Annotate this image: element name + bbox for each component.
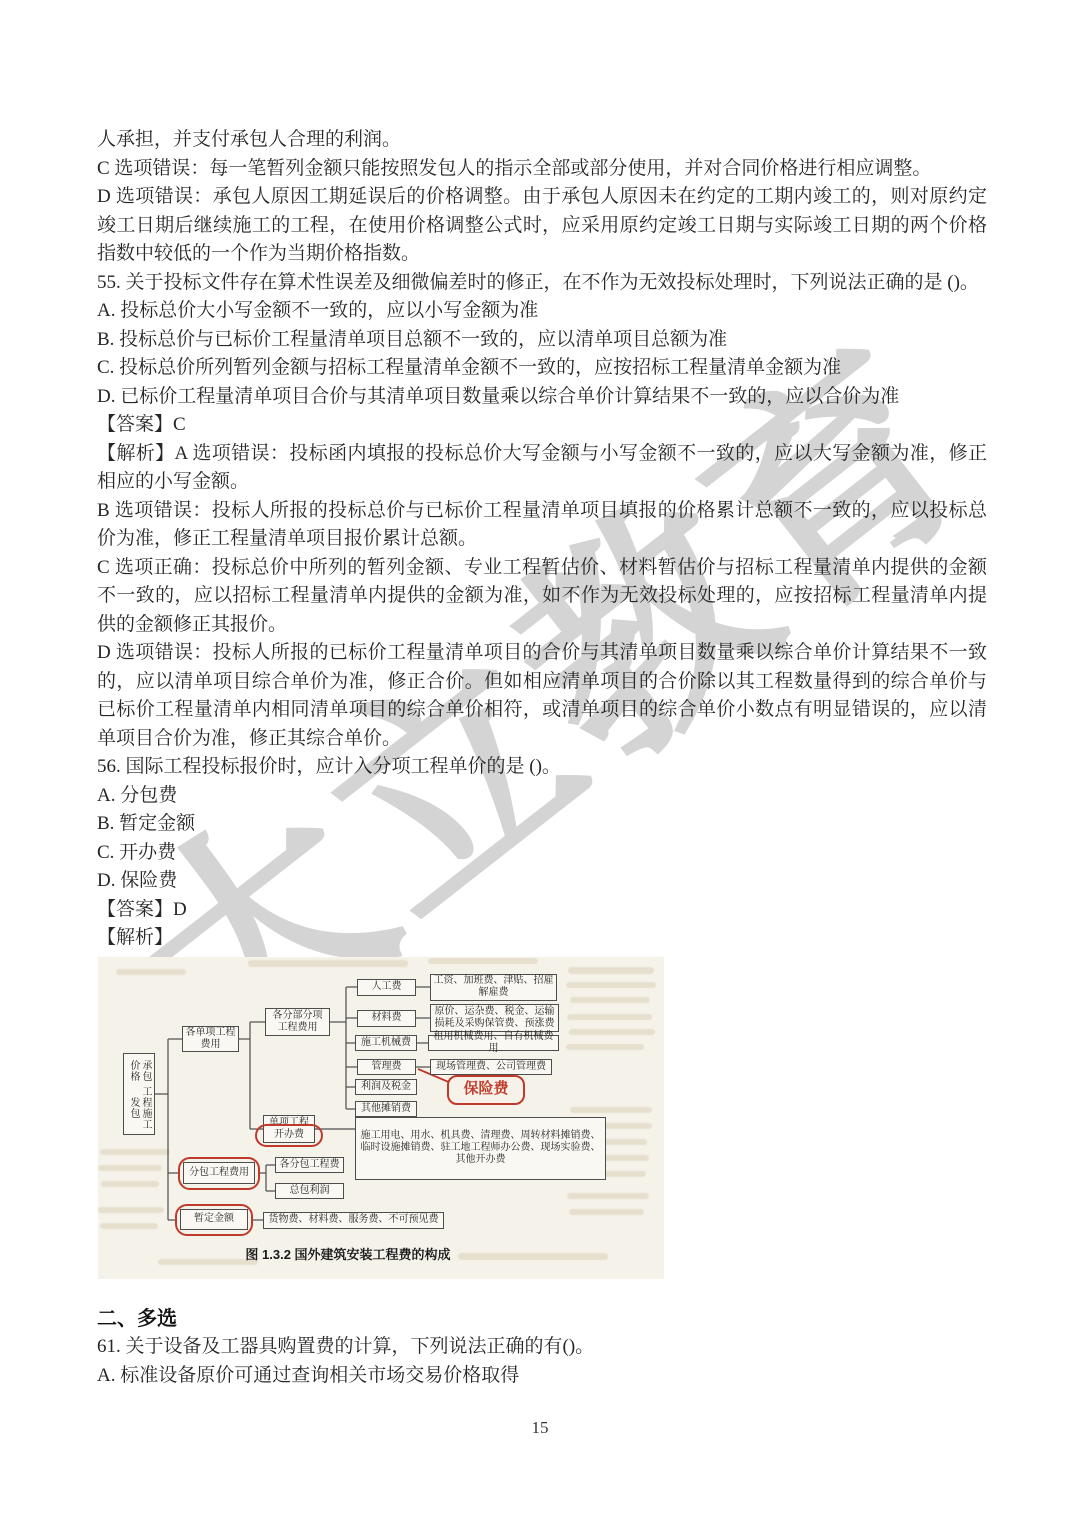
node-provisional-sum-detail: 货物费、材料费、服务费、不可预见费	[263, 1212, 444, 1229]
node-machinery-fee: 施工机械费	[355, 1035, 417, 1051]
node-subcontract-fee: 分包工程费用	[183, 1162, 255, 1184]
node-management-fee: 管理费	[357, 1059, 416, 1075]
q55-option-b: B. 投标总价与已标价工程量清单项目总额不一致的，应以清单项目总额为准	[97, 326, 987, 355]
q55-option-d: D. 已标价工程量清单项目合价与其清单项目数量乘以综合单价计算结果不一致的，应以…	[97, 383, 987, 412]
q61-stem: 61. 关于设备及工器具购置费的计算，下列说法正确的有()。	[97, 1333, 987, 1362]
node-labor-fee: 人工费	[357, 979, 416, 996]
red-highlight-ring-site-overhead	[255, 1124, 323, 1147]
document-page: 大立教育 人承担，并支付承包人合理的利润。 C 选项错误：每一笔暂列金额只能按照…	[0, 0, 1080, 1527]
q56-option-c: C. 开办费	[97, 839, 987, 868]
q55-option-c: C. 投标总价所列暂列金额与招标工程量清单金额不一致的，应按招标工程量清单金额为…	[97, 354, 987, 383]
node-management-fee-detail: 现场管理费、公司管理费	[430, 1059, 552, 1075]
node-site-overhead-detail: 施工用电、用水、机具费、清理费、周转材料摊销费、临时设施摊销费、驻工地工程师办公…	[355, 1117, 606, 1180]
node-material-fee-detail: 原价、运杂费、税金、运输损耗及采购保管费、预涨费	[430, 1004, 559, 1032]
option-note-d: D 选项错误：承包人原因工期延误后的价格调整。由于承包人原因未在约定的工期内竣工…	[97, 183, 987, 269]
root-right-column: 承包价格	[127, 1057, 151, 1087]
q55-stem: 55. 关于投标文件存在算术性误差及细微偏差时的修正，在不作为无效投标处理时，下…	[97, 269, 987, 298]
node-other-amortization: 其他摊销费	[355, 1101, 417, 1117]
q55-analysis-d: D 选项错误：投标人所报的已标价工程量清单项目的合价与其清单项目数量乘以综合单价…	[97, 639, 987, 753]
q55-analysis-a: 【解析】A 选项错误：投标函内填报的投标总价大写金额与小写金额不一致的，应以大写…	[97, 440, 987, 497]
q61-option-a: A. 标准设备原价可通过查询相关市场交易价格取得	[97, 1362, 987, 1391]
q56-option-a: A. 分包费	[97, 782, 987, 811]
page-number: 15	[0, 1418, 1080, 1438]
insurance-callout: 保险费	[447, 1075, 525, 1105]
figure-caption: 图 1.3.2 国外建筑安装工程费的构成	[173, 1241, 523, 1270]
node-general-contractor-profit: 总包利润	[275, 1183, 344, 1199]
q55-answer: 【答案】C	[97, 411, 987, 440]
continuation-text: 人承担，并支付承包人合理的利润。	[97, 126, 987, 155]
root-left-column: 工程施工发包	[127, 1086, 151, 1130]
q55-option-a: A. 投标总价大小写金额不一致的，应以小写金额为准	[97, 297, 987, 326]
figure-1-3-2: 承包价格 工程施工发包 各单项工程费用 各分部分项工程费用 人工费 工资、加班费…	[98, 957, 664, 1279]
node-labor-fee-detail: 工资、加班费、津贴、招雇解雇费	[430, 974, 557, 1001]
section-heading-multiple-choice: 二、多选	[97, 1305, 987, 1334]
node-machinery-fee-detail: 租用机械费用、自有机械费用	[428, 1035, 559, 1051]
q55-analysis-b: B 选项错误：投标人所报的投标总价与已标价工程量清单项目填报的价格累计总额不一致…	[97, 497, 987, 554]
q56-analysis-label: 【解析】	[97, 924, 987, 953]
node-provisional-sum: 暂定金额	[180, 1209, 248, 1230]
node-material-fee: 材料费	[357, 1010, 416, 1027]
option-note-c: C 选项错误：每一笔暂列金额只能按照发包人的指示全部或部分使用，并对合同价格进行…	[97, 155, 987, 184]
q55-analysis-c: C 选项正确：投标总价中所列的暂列金额、专业工程暂估价、材料暂估价与招标工程量清…	[97, 554, 987, 640]
q56-answer: 【答案】D	[97, 896, 987, 925]
node-unit-works-fee: 各单项工程费用	[182, 1026, 239, 1052]
node-division-works-fee: 各分部分项工程费用	[265, 1008, 330, 1036]
q56-option-d: D. 保险费	[97, 867, 987, 896]
page-body-text: 人承担，并支付承包人合理的利润。 C 选项错误：每一笔暂列金额只能按照发包人的指…	[97, 126, 987, 1390]
node-profit-and-tax: 利润及税金	[355, 1079, 417, 1095]
node-subcontract-fees-each: 各分包工程费	[275, 1157, 344, 1173]
q56-stem: 56. 国际工程投标报价时，应计入分项工程单价的是 ()。	[97, 753, 987, 782]
q56-option-b: B. 暂定金额	[97, 810, 987, 839]
node-contract-price-root: 承包价格 工程施工发包	[123, 1053, 155, 1135]
